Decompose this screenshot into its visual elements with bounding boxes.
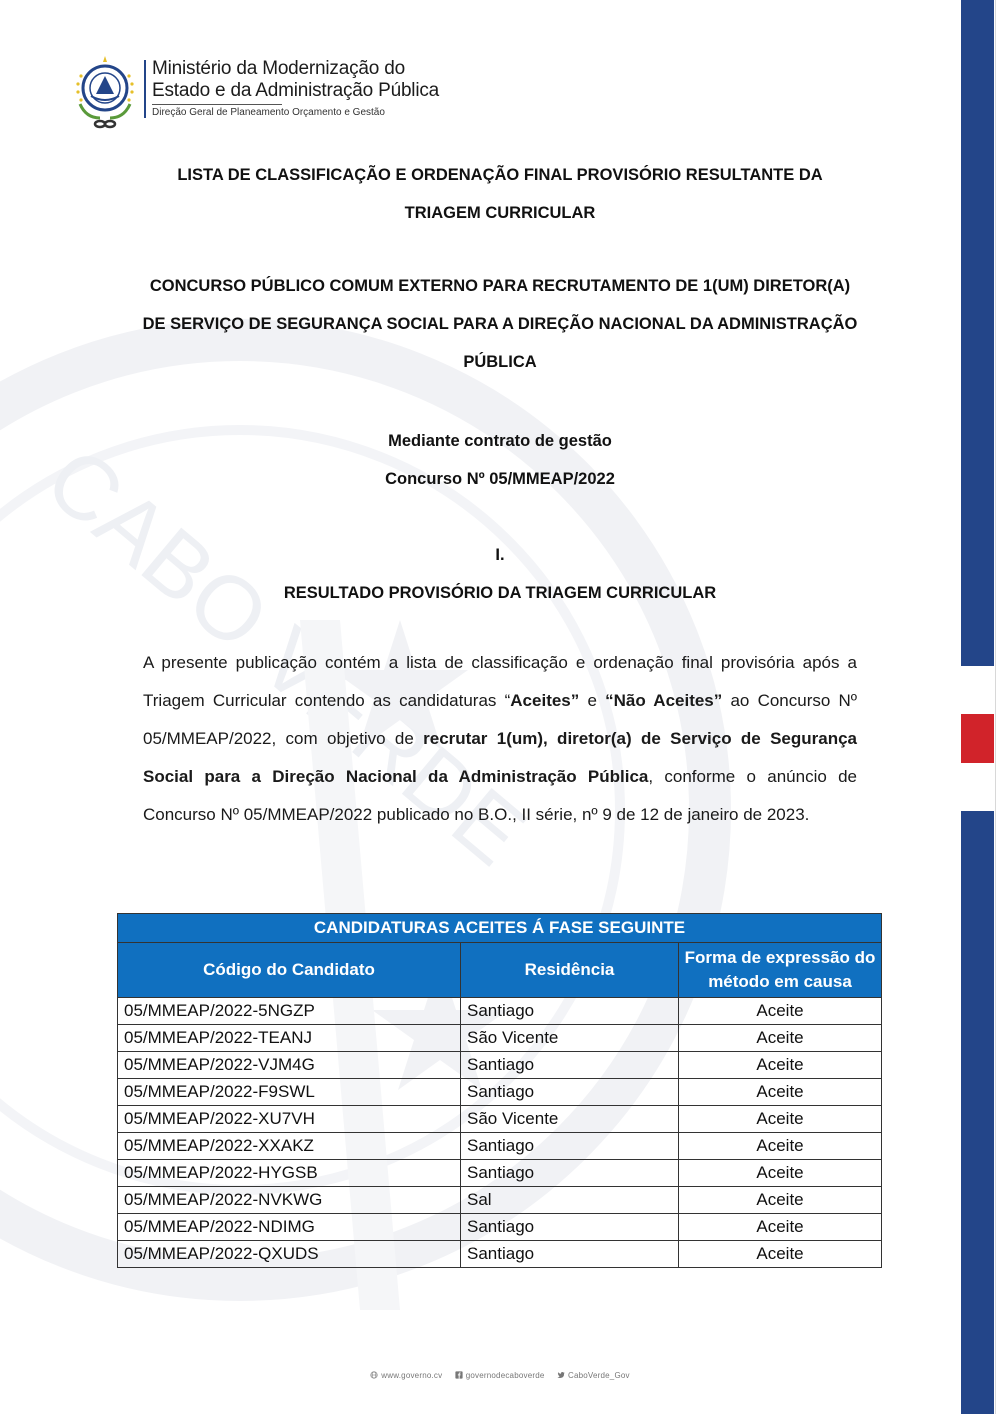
status-cell: Aceite bbox=[679, 1106, 882, 1133]
candidate-code-cell: 05/MMEAP/2022-XXAKZ bbox=[118, 1133, 461, 1160]
ministry-name-line2: Estado e da Administração Pública bbox=[147, 80, 439, 102]
table-row: 05/MMEAP/2022-NVKWGSalAceite bbox=[118, 1187, 882, 1214]
residence-cell: São Vicente bbox=[461, 1025, 679, 1052]
twitter-icon bbox=[557, 1371, 565, 1379]
candidates-table: CANDIDATURAS ACEITES Á FASE SEGUINTE Cód… bbox=[117, 913, 882, 1268]
ministry-rule bbox=[152, 104, 282, 105]
residence-cell: Santiago bbox=[461, 998, 679, 1025]
residence-cell: São Vicente bbox=[461, 1106, 679, 1133]
para-bold-aceites: Aceites” bbox=[510, 691, 579, 710]
candidate-code-cell: 05/MMEAP/2022-QXUDS bbox=[118, 1241, 461, 1268]
status-cell: Aceite bbox=[679, 1241, 882, 1268]
status-cell: Aceite bbox=[679, 1079, 882, 1106]
status-cell: Aceite bbox=[679, 1052, 882, 1079]
document-title: LISTA DE CLASSIFICAÇÃO E ORDENAÇÃO FINAL… bbox=[140, 156, 860, 232]
table-caption: CANDIDATURAS ACEITES Á FASE SEGUINTE bbox=[118, 914, 882, 943]
ministry-subtitle: Direção Geral de Planeamento Orçamento e… bbox=[147, 107, 439, 118]
table-row: 05/MMEAP/2022-TEANJSão VicenteAceite bbox=[118, 1025, 882, 1052]
status-cell: Aceite bbox=[679, 1187, 882, 1214]
mediante-line: Mediante contrato de gestão bbox=[140, 422, 860, 460]
intro-paragraph: A presente publicação contém a lista de … bbox=[143, 644, 857, 834]
section-heading: I. RESULTADO PROVISÓRIO DA TRIAGEM CURRI… bbox=[140, 536, 860, 612]
column-header-residence: Residência bbox=[461, 943, 679, 998]
table-row: 05/MMEAP/2022-NDIMGSantiagoAceite bbox=[118, 1214, 882, 1241]
candidate-code-cell: 05/MMEAP/2022-HYGSB bbox=[118, 1160, 461, 1187]
table-row: 05/MMEAP/2022-QXUDSSantiagoAceite bbox=[118, 1241, 882, 1268]
residence-cell: Santiago bbox=[461, 1133, 679, 1160]
candidate-code-cell: 05/MMEAP/2022-VJM4G bbox=[118, 1052, 461, 1079]
candidate-code-cell: 05/MMEAP/2022-NDIMG bbox=[118, 1214, 461, 1241]
para-bold-nao-aceites: “Não Aceites” bbox=[605, 691, 722, 710]
concurso-title: CONCURSO PÚBLICO COMUM EXTERNO PARA RECR… bbox=[140, 267, 860, 381]
globe-icon bbox=[370, 1371, 378, 1379]
candidate-code-cell: 05/MMEAP/2022-TEANJ bbox=[118, 1025, 461, 1052]
table-row: 05/MMEAP/2022-5NGZPSantiagoAceite bbox=[118, 998, 882, 1025]
flag-stripe-blue-bottom bbox=[961, 811, 994, 1414]
candidate-code-cell: 05/MMEAP/2022-XU7VH bbox=[118, 1106, 461, 1133]
footer-twitter-text: CaboVerde_Gov bbox=[568, 1371, 630, 1380]
concurso-details: Mediante contrato de gestão Concurso Nº … bbox=[140, 422, 860, 498]
footer: www.governo.cv governodecaboverde CaboVe… bbox=[0, 1371, 1000, 1380]
table-row: 05/MMEAP/2022-HYGSBSantiagoAceite bbox=[118, 1160, 882, 1187]
flag-stripe-blue-top bbox=[961, 0, 994, 666]
status-cell: Aceite bbox=[679, 1025, 882, 1052]
table-row: 05/MMEAP/2022-F9SWLSantiagoAceite bbox=[118, 1079, 882, 1106]
status-cell: Aceite bbox=[679, 1214, 882, 1241]
flag-stripe-red bbox=[961, 714, 994, 763]
status-cell: Aceite bbox=[679, 1133, 882, 1160]
ministry-name-line1: Ministério da Modernização do bbox=[147, 58, 439, 80]
residence-cell: Santiago bbox=[461, 1241, 679, 1268]
table-row: 05/MMEAP/2022-XU7VHSão VicenteAceite bbox=[118, 1106, 882, 1133]
footer-website[interactable]: www.governo.cv bbox=[370, 1371, 444, 1380]
residence-cell: Santiago bbox=[461, 1079, 679, 1106]
facebook-icon bbox=[455, 1371, 463, 1379]
residence-cell: Sal bbox=[461, 1187, 679, 1214]
para-text-2: e bbox=[579, 691, 605, 710]
footer-twitter[interactable]: CaboVerde_Gov bbox=[557, 1371, 630, 1380]
section-number: I. bbox=[140, 536, 860, 574]
column-header-code: Código do Candidato bbox=[118, 943, 461, 998]
footer-website-text: www.governo.cv bbox=[381, 1371, 442, 1380]
section-title: RESULTADO PROVISÓRIO DA TRIAGEM CURRICUL… bbox=[140, 574, 860, 612]
table-row: 05/MMEAP/2022-VJM4GSantiagoAceite bbox=[118, 1052, 882, 1079]
page-edge-line bbox=[995, 0, 996, 1414]
candidate-code-cell: 05/MMEAP/2022-F9SWL bbox=[118, 1079, 461, 1106]
candidate-code-cell: 05/MMEAP/2022-5NGZP bbox=[118, 998, 461, 1025]
candidate-code-cell: 05/MMEAP/2022-NVKWG bbox=[118, 1187, 461, 1214]
footer-facebook[interactable]: governodecaboverde bbox=[455, 1371, 547, 1380]
status-cell: Aceite bbox=[679, 998, 882, 1025]
status-cell: Aceite bbox=[679, 1160, 882, 1187]
cabo-verde-coat-of-arms-icon bbox=[72, 52, 138, 132]
column-header-method: Forma de expressão do método em causa bbox=[679, 943, 882, 998]
residence-cell: Santiago bbox=[461, 1160, 679, 1187]
ministry-header: Ministério da Modernização do Estado e d… bbox=[147, 58, 439, 118]
table-row: 05/MMEAP/2022-XXAKZSantiagoAceite bbox=[118, 1133, 882, 1160]
ministry-divider bbox=[144, 60, 146, 118]
residence-cell: Santiago bbox=[461, 1214, 679, 1241]
residence-cell: Santiago bbox=[461, 1052, 679, 1079]
footer-facebook-text: governodecaboverde bbox=[466, 1371, 545, 1380]
concurso-number: Concurso Nº 05/MMEAP/2022 bbox=[140, 460, 860, 498]
